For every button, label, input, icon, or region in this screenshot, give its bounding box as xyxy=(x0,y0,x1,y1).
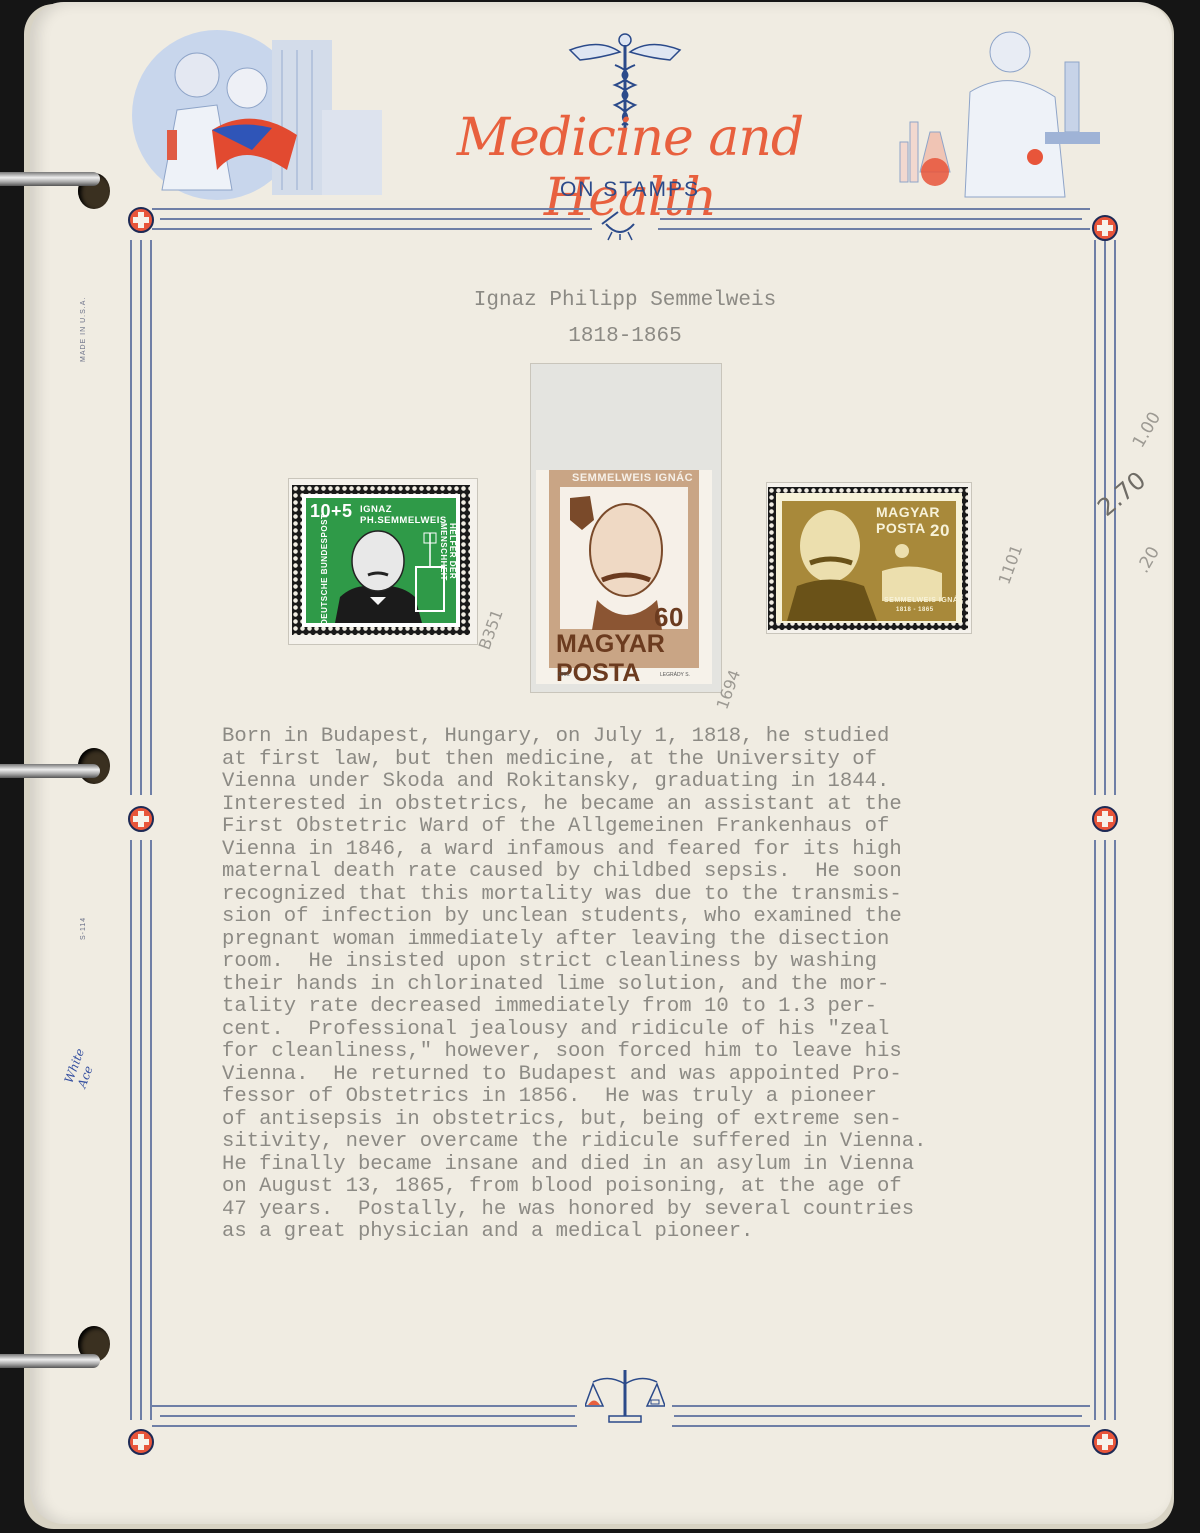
stamp-inscription: SEMMELWEIS IGNÁC xyxy=(884,597,964,604)
frame-line xyxy=(660,218,1082,220)
biography-line: cent. Professional jealousy and ridicule… xyxy=(222,1019,1012,1042)
subject-years: 1818-1865 xyxy=(400,325,850,348)
biography-line: Vienna. He returned to Budapest and was … xyxy=(222,1064,1012,1087)
frame-line xyxy=(152,1405,577,1407)
biography-line: Interested in obstetrics, he became an a… xyxy=(222,794,1012,817)
biography-line: recognized that this mortality was due t… xyxy=(222,884,1012,907)
frame-line xyxy=(152,208,592,210)
semmelweis-portrait xyxy=(330,525,450,623)
binder-ring xyxy=(0,172,100,186)
stamp-denomination: 10+5 xyxy=(310,501,353,522)
stamp-country: DEUTSCHE BUNDESPOST xyxy=(320,514,329,625)
biography-line: 47 years. Postally, he was honored by se… xyxy=(222,1199,1012,1222)
frame-line xyxy=(672,1405,1090,1407)
page-code: S-114 xyxy=(80,917,87,940)
doctor-nurse-illustration xyxy=(122,20,392,200)
biography-line: as a great physician and a medical pione… xyxy=(222,1221,1012,1244)
frame-line xyxy=(140,240,142,795)
frame-line xyxy=(130,840,132,1420)
biography-line: sitivity, never overcame the ridicule su… xyxy=(222,1131,1012,1154)
mortar-pestle-icon xyxy=(598,208,642,242)
frame-line xyxy=(658,208,1090,210)
stamp-country: MAGYAR POSTA xyxy=(876,504,968,536)
page-subtitle: ON STAMPS xyxy=(480,178,780,202)
biography-line: their hands in chlorinated lime solution… xyxy=(222,974,1012,997)
frame-line xyxy=(152,1425,577,1427)
stamp-magyar-posta-60f[interactable]: SEMMELWEIS IGNÁC 60 MAGYAR POSTA 1965. L… xyxy=(536,470,712,684)
stamp-year-imprint: 1965. xyxy=(558,672,571,678)
biography-line: pregnant woman immediately after leaving… xyxy=(222,929,1012,952)
biography-line: maternal death rate caused by childbed s… xyxy=(222,861,1012,884)
biography-line: Born in Budapest, Hungary, on July 1, 18… xyxy=(222,726,1012,749)
biography-line: room. He insisted upon strict cleanlines… xyxy=(222,951,1012,974)
frame-line xyxy=(152,228,592,230)
frame-line xyxy=(130,240,132,795)
frame-line xyxy=(658,228,1090,230)
red-cross-icon xyxy=(1092,1429,1118,1455)
stamp-deutsche-bundespost[interactable]: 10+5 IGNAZ PH.SEMMELWEIS DEUTSCHE BUNDES… xyxy=(292,485,470,635)
frame-line xyxy=(1114,840,1116,1420)
frame-line xyxy=(140,840,142,1420)
scientist-microscope-illustration xyxy=(880,22,1110,207)
biography-line: First Obstetric Ward of the Allgemeinen … xyxy=(222,816,1012,839)
stamp-denomination: 60 xyxy=(654,602,684,633)
biography-line: Vienna in 1846, a ward infamous and fear… xyxy=(222,839,1012,862)
frame-line xyxy=(1104,840,1106,1420)
red-cross-icon xyxy=(128,207,154,233)
red-cross-icon xyxy=(1092,215,1118,241)
made-in-usa-imprint: MADE IN U.S.A. xyxy=(80,297,87,362)
scales-of-justice-icon xyxy=(585,1368,665,1426)
biography-line: sion of infection by unclean students, w… xyxy=(222,906,1012,929)
binder-ring xyxy=(0,764,100,778)
biography-line: of antisepsis in obstetrics, but, being … xyxy=(222,1109,1012,1132)
biography-line: for cleanliness," however, soon forced h… xyxy=(222,1041,1012,1064)
biography-line: tality rate decreased immediately from 1… xyxy=(222,996,1012,1019)
frame-line xyxy=(150,240,152,795)
stamp-denomination: 20 xyxy=(930,521,950,541)
biography-line: He finally became insane and died in an … xyxy=(222,1154,1012,1177)
biography-line: on August 13, 1865, from blood poisoning… xyxy=(222,1176,1012,1199)
frame-line xyxy=(1094,240,1096,795)
biography-line: fessor of Obstetrics in 1856. He was tru… xyxy=(222,1086,1012,1109)
biography-line: at first law, but then medicine, at the … xyxy=(222,749,1012,772)
frame-line xyxy=(1094,840,1096,1420)
frame-line xyxy=(672,1425,1090,1427)
frame-line xyxy=(160,218,590,220)
red-cross-icon xyxy=(1092,806,1118,832)
stamp-dates: 1818 - 1865 xyxy=(896,607,934,613)
stamp-inscription: SEMMELWEIS IGNÁC xyxy=(572,472,693,484)
frame-line xyxy=(160,1415,575,1417)
red-cross-icon xyxy=(128,806,154,832)
stamp-designer-imprint: LEGRÁDY S. xyxy=(660,672,690,678)
red-cross-icon xyxy=(128,1429,154,1455)
frame-line xyxy=(150,840,152,1420)
stamp-magyar-posta-20f[interactable]: MAGYAR POSTA 20 SEMMELWEIS IGNÁC 1818 - … xyxy=(768,487,968,630)
binder-ring xyxy=(0,1354,100,1368)
biography-text: Born in Budapest, Hungary, on July 1, 18… xyxy=(222,726,1012,1244)
subject-name-heading: Ignaz Philipp Semmelweis xyxy=(400,289,850,312)
frame-line xyxy=(674,1415,1082,1417)
biography-line: Vienna under Skoda and Rokitansky, gradu… xyxy=(222,771,1012,794)
